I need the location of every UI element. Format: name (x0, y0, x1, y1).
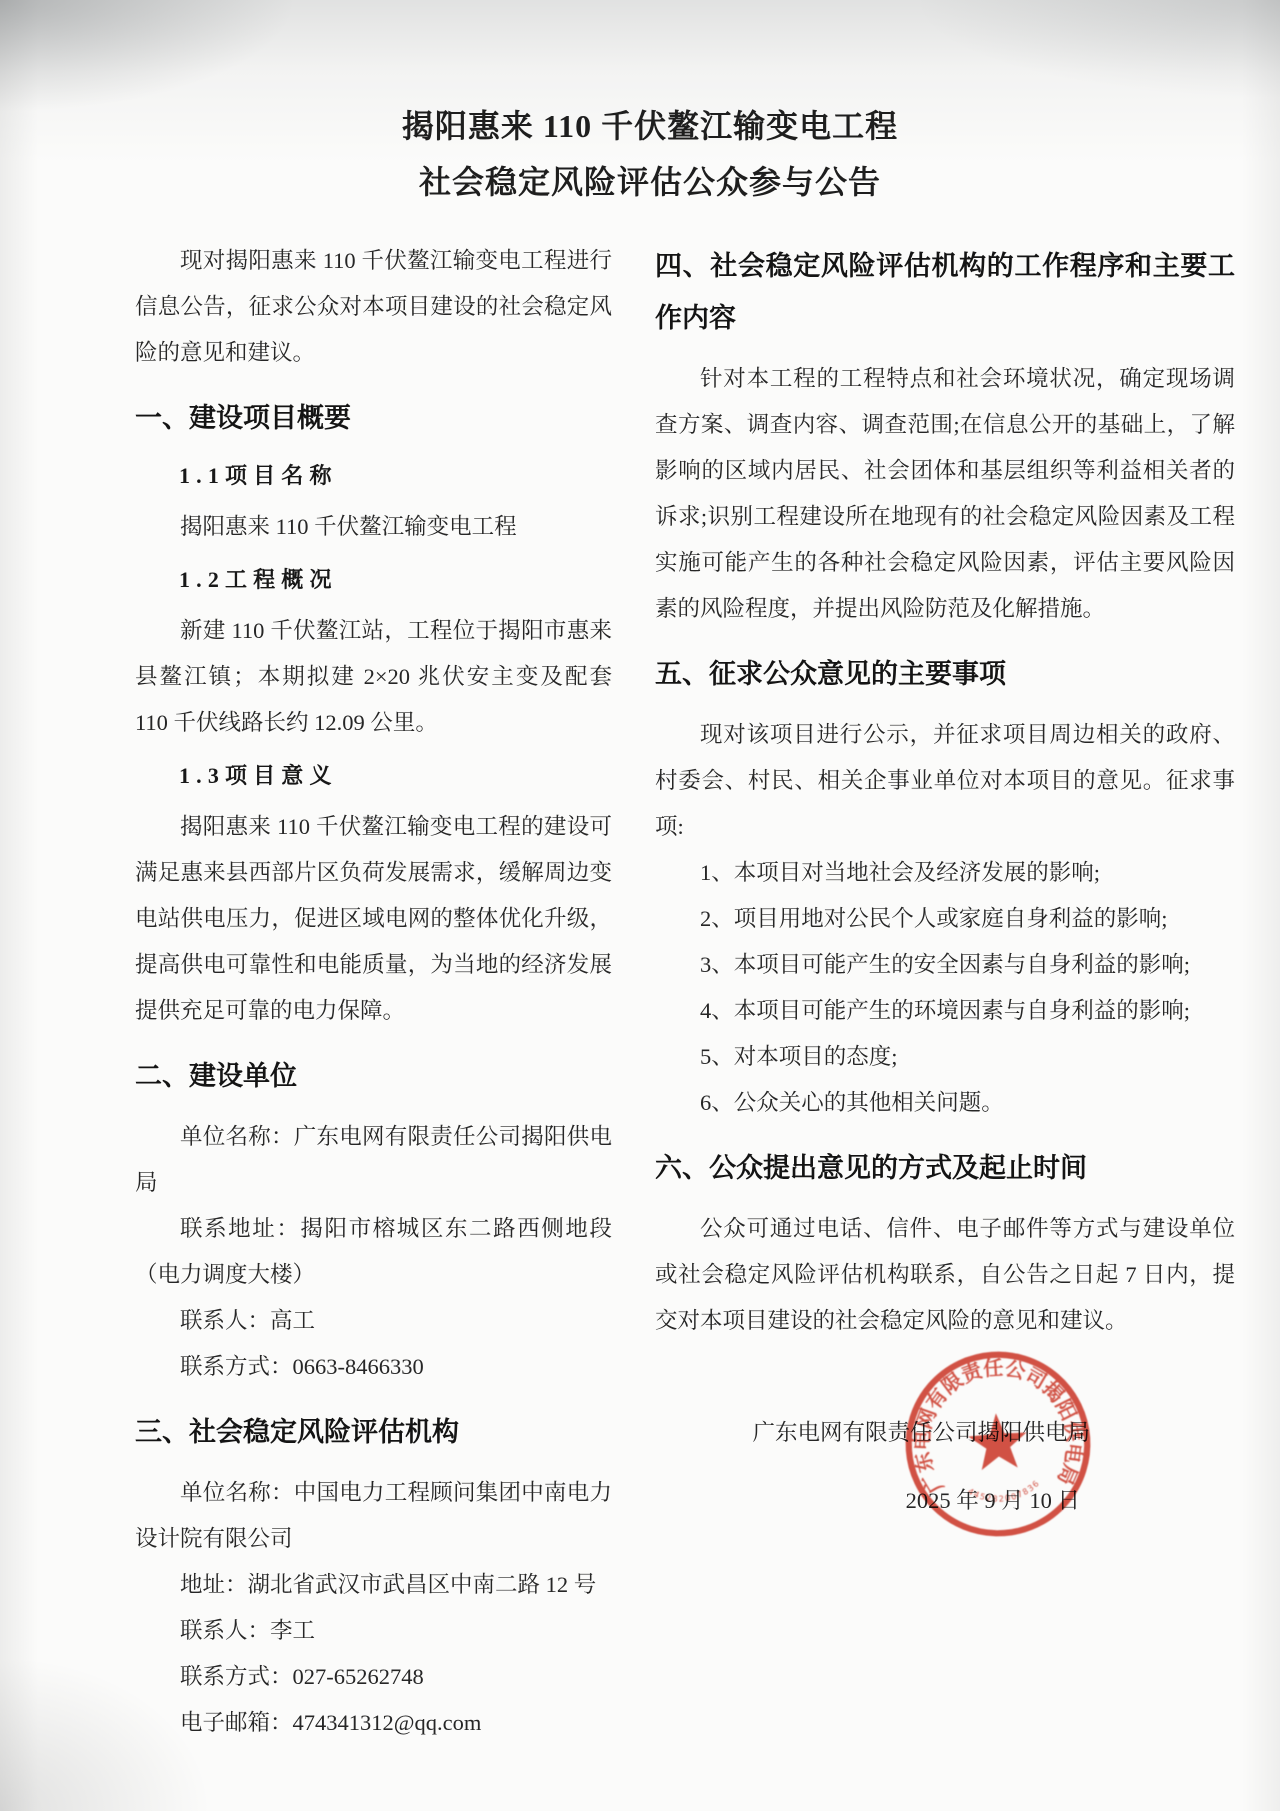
agency-name-line: 单位名称：中国电力工程顾问集团中南电力设计院有限公司 (135, 1470, 612, 1562)
section-6-heading: 六、公众提出意见的方式及起止时间 (655, 1142, 1235, 1194)
document-page: 揭阳惠来 110 千伏鳌江输变电工程 社会稳定风险评估公众参与公告 现对揭阳惠来… (0, 0, 1280, 1811)
section-1-3-subheading: 1.3项目意义 (135, 756, 612, 796)
contact-person-line: 联系人：高工 (135, 1298, 612, 1344)
contact-phone-line: 联系方式：0663-8466330 (135, 1344, 612, 1390)
section-4-heading: 四、社会稳定风险评估机构的工作程序和主要工作内容 (655, 240, 1235, 344)
list-item: 1、本项目对当地社会及经济发展的影响; (655, 850, 1235, 896)
section-2-heading: 二、建设单位 (135, 1050, 612, 1102)
solicitation-intro-paragraph: 现对该项目进行公示，并征求项目周边相关的政府、村委会、村民、相关企事业单位对本项… (655, 712, 1235, 850)
section-3-heading: 三、社会稳定风险评估机构 (135, 1406, 612, 1458)
project-significance-paragraph: 揭阳惠来 110 千伏鳌江输变电工程的建设可满足惠来县西部片区负荷发展需求，缓解… (135, 804, 612, 1034)
official-seal: 广东电网有限责任公司揭阳供电局 4452820078363 (896, 1342, 1101, 1547)
section-1-heading: 一、建设项目概要 (135, 392, 612, 444)
agency-contact-person-line: 联系人：李工 (135, 1608, 612, 1654)
signature-block: 广东电网有限责任公司揭阳供电局 2025 年 9 月 10 日 广东电网有限责任… (655, 1410, 1235, 1524)
project-overview-paragraph: 新建 110 千伏鳌江站，工程位于揭阳市惠来县鳌江镇；本期拟建 2×20 兆伏安… (135, 608, 612, 746)
document-title: 揭阳惠来 110 千伏鳌江输变电工程 社会稳定风险评估公众参与公告 (135, 98, 1235, 210)
project-name-paragraph: 揭阳惠来 110 千伏鳌江输变电工程 (135, 504, 612, 550)
right-column: 四、社会稳定风险评估机构的工作程序和主要工作内容 针对本工程的工程特点和社会环境… (655, 238, 1235, 1746)
agency-email-line: 电子邮箱：474341312@qq.com (135, 1700, 612, 1746)
star-icon (967, 1411, 1029, 1471)
title-line-1: 揭阳惠来 110 千伏鳌江输变电工程 (135, 98, 1165, 154)
list-item: 5、对本项目的态度; (655, 1034, 1235, 1080)
construction-unit-contact: 单位名称：广东电网有限责任公司揭阳供电局 联系地址：揭阳市榕城区东二路西侧地段（… (135, 1114, 612, 1390)
unit-name-line: 单位名称：广东电网有限责任公司揭阳供电局 (135, 1114, 612, 1206)
contact-address-line: 联系地址：揭阳市榕城区东二路西侧地段（电力调度大楼） (135, 1206, 612, 1298)
assessment-agency-contact: 单位名称：中国电力工程顾问集团中南电力设计院有限公司 地址：湖北省武汉市武昌区中… (135, 1470, 612, 1746)
section-5-heading: 五、征求公众意见的主要事项 (655, 648, 1235, 700)
title-line-2: 社会稳定风险评估公众参与公告 (135, 154, 1165, 210)
list-item: 3、本项目可能产生的安全因素与自身利益的影响; (655, 942, 1235, 988)
list-item: 6、公众关心的其他相关问题。 (655, 1080, 1235, 1126)
list-item: 4、本项目可能产生的环境因素与自身利益的影响; (655, 988, 1235, 1034)
page-content: 揭阳惠来 110 千伏鳌江输变电工程 社会稳定风险评估公众参与公告 现对揭阳惠来… (135, 98, 1235, 1746)
list-item: 2、项目用地对公民个人或家庭自身利益的影响; (655, 896, 1235, 942)
two-column-layout: 现对揭阳惠来 110 千伏鳌江输变电工程进行信息公告，征求公众对本项目建设的社会… (135, 238, 1235, 1746)
solicitation-items-list: 1、本项目对当地社会及经济发展的影响; 2、项目用地对公民个人或家庭自身利益的影… (655, 850, 1235, 1126)
feedback-method-paragraph: 公众可通过电话、信件、电子邮件等方式与建设单位或社会稳定风险评估机构联系，自公告… (655, 1206, 1235, 1344)
agency-phone-line: 联系方式：027-65262748 (135, 1654, 612, 1700)
intro-paragraph: 现对揭阳惠来 110 千伏鳌江输变电工程进行信息公告，征求公众对本项目建设的社会… (135, 238, 612, 376)
section-1-2-subheading: 1.2工程概况 (135, 560, 612, 600)
work-procedure-paragraph: 针对本工程的工程特点和社会环境状况，确定现场调查方案、调查内容、调查范围;在信息… (655, 356, 1235, 632)
left-column: 现对揭阳惠来 110 千伏鳌江输变电工程进行信息公告，征求公众对本项目建设的社会… (135, 238, 612, 1746)
agency-address-line: 地址：湖北省武汉市武昌区中南二路 12 号 (135, 1562, 612, 1608)
section-1-1-subheading: 1.1项目名称 (135, 456, 612, 496)
